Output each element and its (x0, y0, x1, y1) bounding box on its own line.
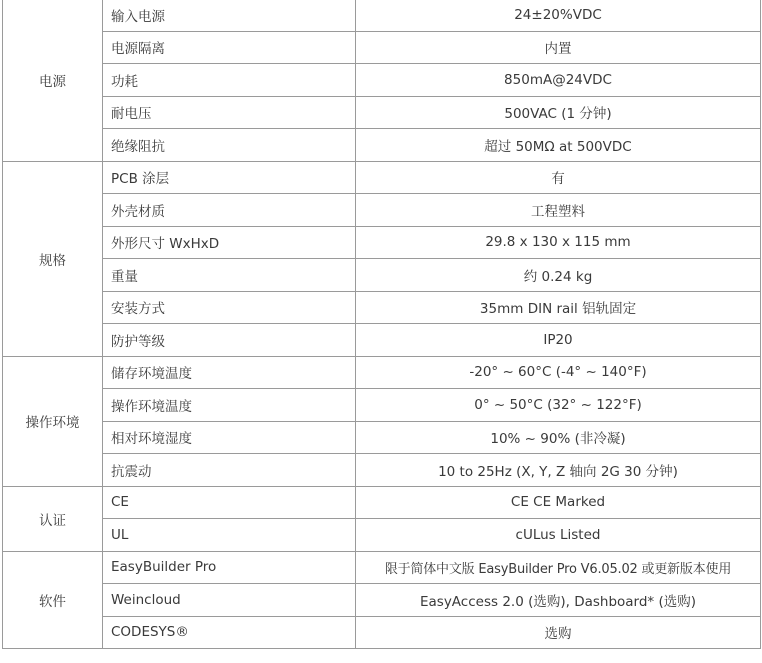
spec-label: 功耗 (103, 64, 356, 97)
spec-label: 重量 (103, 259, 356, 292)
spec-table: 电源 输入电源 24±20%VDC 电源隔离 内置 功耗 850mA@24VDC… (2, 0, 761, 649)
spec-label: UL (103, 519, 356, 552)
spec-value: 24±20%VDC (356, 0, 761, 31)
spec-value: cULus Listed (356, 519, 761, 552)
category-software: 软件 (3, 551, 103, 649)
spec-label: 外形尺寸 WxHxD (103, 226, 356, 259)
spec-label: 相对环境湿度 (103, 421, 356, 454)
table-row: UL cULus Listed (3, 519, 761, 552)
spec-label: 外壳材质 (103, 194, 356, 227)
spec-label: 耐电压 (103, 96, 356, 129)
spec-value: 0° ~ 50°C (32° ~ 122°F) (356, 389, 761, 422)
spec-value: 10% ~ 90% (非冷凝) (356, 421, 761, 454)
table-row: 外形尺寸 WxHxD 29.8 x 130 x 115 mm (3, 226, 761, 259)
spec-label: 输入电源 (103, 0, 356, 31)
spec-value: 限于简体中文版 EasyBuilder Pro V6.05.02 或更新版本使用 (356, 551, 761, 584)
spec-value: 内置 (356, 31, 761, 64)
table-row: 安装方式 35mm DIN rail 铝轨固定 (3, 291, 761, 324)
spec-label: 电源隔离 (103, 31, 356, 64)
category-environment: 操作环境 (3, 356, 103, 486)
table-row: 抗震动 10 to 25Hz (X, Y, Z 轴向 2G 30 分钟) (3, 454, 761, 487)
table-row: 外壳材质 工程塑料 (3, 194, 761, 227)
table-row: 防护等级 IP20 (3, 324, 761, 357)
table-row: 绝缘阻抗 超过 50MΩ at 500VDC (3, 129, 761, 162)
spec-label: CE (103, 486, 356, 519)
category-specification: 规格 (3, 161, 103, 356)
table-row: Weincloud EasyAccess 2.0 (选购), Dashboard… (3, 584, 761, 617)
spec-label: 抗震动 (103, 454, 356, 487)
table-row: 操作环境温度 0° ~ 50°C (32° ~ 122°F) (3, 389, 761, 422)
category-power: 电源 (3, 0, 103, 161)
table-row: 电源 输入电源 24±20%VDC (3, 0, 761, 31)
table-row: 操作环境 储存环境温度 -20° ~ 60°C (-4° ~ 140°F) (3, 356, 761, 389)
spec-value: 有 (356, 161, 761, 194)
table-row: 耐电压 500VAC (1 分钟) (3, 96, 761, 129)
table-row: CODESYS® 选购 (3, 616, 761, 649)
spec-value: 850mA@24VDC (356, 64, 761, 97)
spec-value: 约 0.24 kg (356, 259, 761, 292)
spec-label: 储存环境温度 (103, 356, 356, 389)
spec-value: 10 to 25Hz (X, Y, Z 轴向 2G 30 分钟) (356, 454, 761, 487)
spec-value: 35mm DIN rail 铝轨固定 (356, 291, 761, 324)
table-row: 认证 CE CE CE Marked (3, 486, 761, 519)
table-row: 功耗 850mA@24VDC (3, 64, 761, 97)
spec-label: CODESYS® (103, 616, 356, 649)
spec-value: -20° ~ 60°C (-4° ~ 140°F) (356, 356, 761, 389)
spec-value: CE CE Marked (356, 486, 761, 519)
table-row: 规格 PCB 涂层 有 (3, 161, 761, 194)
table-row: 重量 约 0.24 kg (3, 259, 761, 292)
spec-label: 安装方式 (103, 291, 356, 324)
spec-label: Weincloud (103, 584, 356, 617)
spec-label: PCB 涂层 (103, 161, 356, 194)
table-row: 软件 EasyBuilder Pro 限于简体中文版 EasyBuilder P… (3, 551, 761, 584)
category-certification: 认证 (3, 486, 103, 551)
spec-value: EasyAccess 2.0 (选购), Dashboard* (选购) (356, 584, 761, 617)
table-row: 相对环境湿度 10% ~ 90% (非冷凝) (3, 421, 761, 454)
spec-value: 500VAC (1 分钟) (356, 96, 761, 129)
spec-label: 绝缘阻抗 (103, 129, 356, 162)
spec-label: 防护等级 (103, 324, 356, 357)
spec-value: 选购 (356, 616, 761, 649)
spec-label: EasyBuilder Pro (103, 551, 356, 584)
spec-value: 工程塑料 (356, 194, 761, 227)
table-row: 电源隔离 内置 (3, 31, 761, 64)
spec-value: 超过 50MΩ at 500VDC (356, 129, 761, 162)
spec-value: 29.8 x 130 x 115 mm (356, 226, 761, 259)
spec-value: IP20 (356, 324, 761, 357)
spec-label: 操作环境温度 (103, 389, 356, 422)
